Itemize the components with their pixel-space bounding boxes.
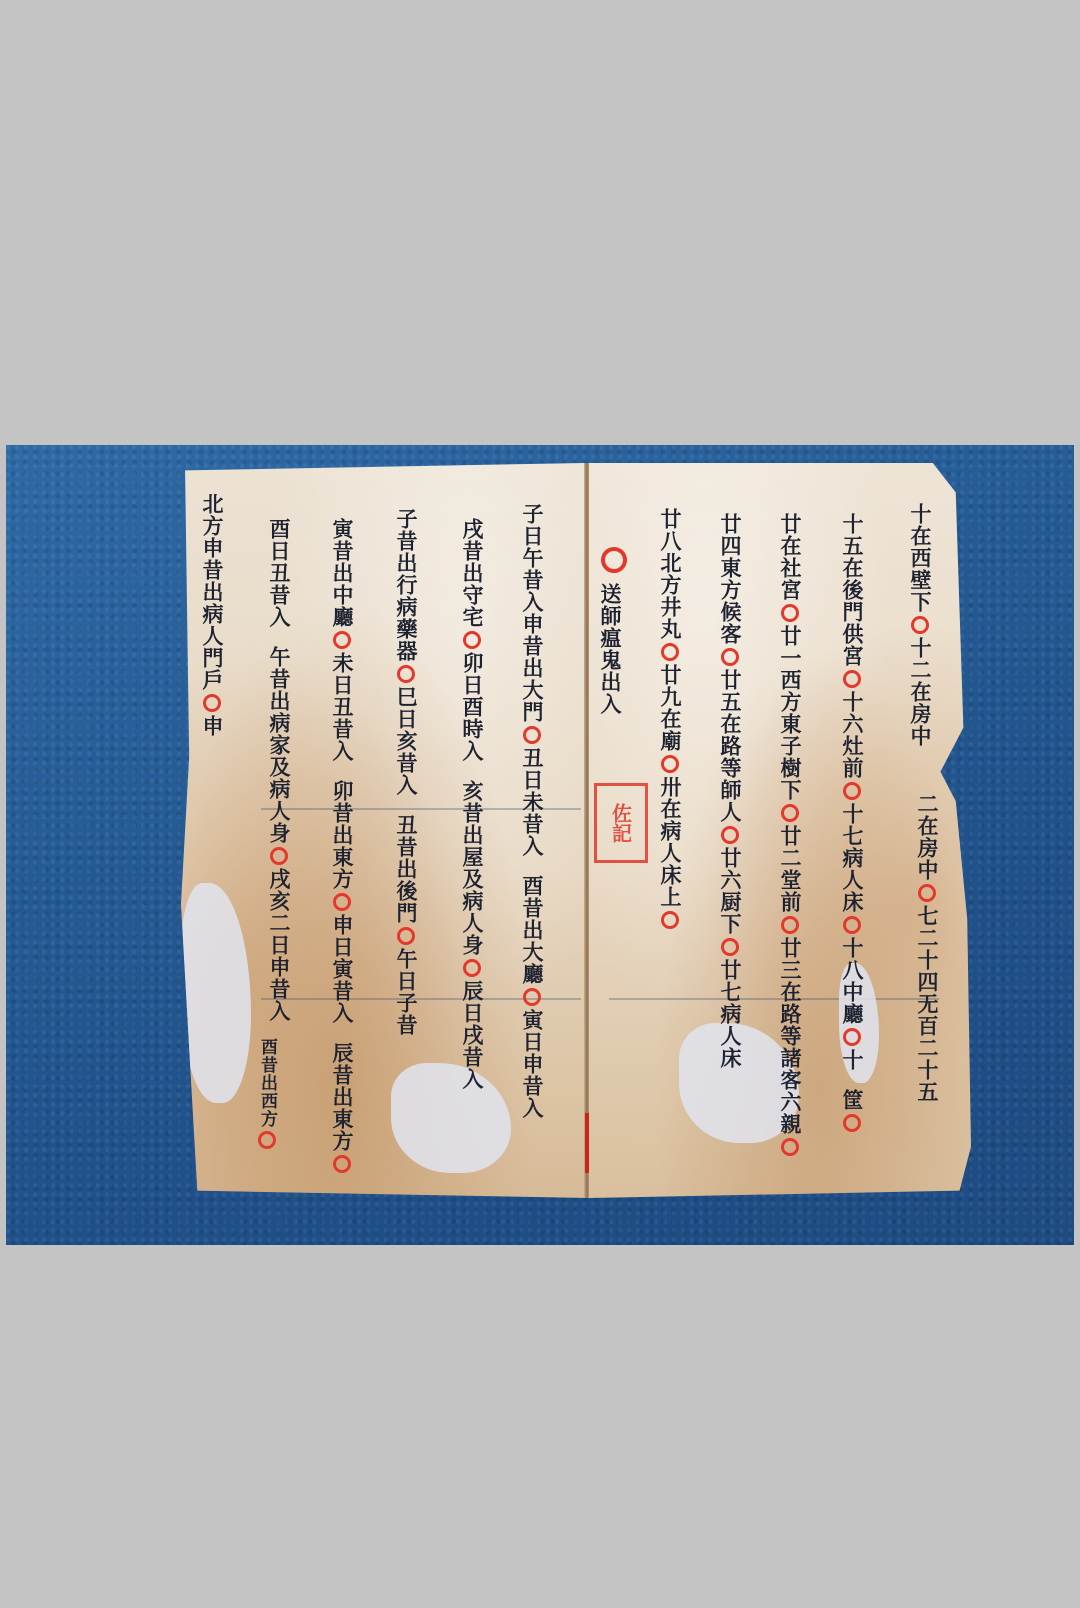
text-column-1: 子日午昔入申昔出大門丑日未昔入酉昔出大廳寅日申昔入 bbox=[519, 503, 545, 1119]
red-circle-mark bbox=[661, 755, 679, 773]
red-circle-mark bbox=[721, 648, 739, 666]
red-circle-mark bbox=[781, 604, 799, 622]
red-circle-mark bbox=[258, 1131, 276, 1149]
red-circle-mark bbox=[463, 959, 481, 977]
text-column-4: 廿四東方候客廿五在路等師人廿六厨下廿七病人床 bbox=[717, 513, 743, 1069]
ruled-line bbox=[609, 998, 939, 1000]
red-circle-mark bbox=[721, 938, 739, 956]
red-circle-mark bbox=[843, 670, 861, 688]
red-circle-mark bbox=[333, 893, 351, 911]
red-circle-mark bbox=[918, 884, 936, 902]
red-circle-mark bbox=[661, 911, 679, 929]
text-column-7: 酉昔出西方 bbox=[256, 1038, 277, 1152]
edge-column: 二在房中七二十四无百二十五 bbox=[914, 793, 940, 1103]
red-circle-mark bbox=[463, 631, 481, 649]
left-page: 子日午昔入申昔出大門丑日未昔入酉昔出大廳寅日申昔入 戌昔出守宅卯日酉時入亥昔出屋… bbox=[181, 463, 589, 1198]
red-circle-mark bbox=[661, 643, 679, 661]
open-manuscript: 子日午昔入申昔出大門丑日未昔入酉昔出大廳寅日申昔入 戌昔出守宅卯日酉時入亥昔出屋… bbox=[181, 463, 971, 1198]
red-circle-mark bbox=[781, 916, 799, 934]
red-seal-stamp: 佐記 bbox=[594, 783, 648, 863]
red-circle-mark bbox=[333, 1155, 351, 1173]
text-column-1: 十在西壁下十二在房中 bbox=[907, 503, 933, 747]
paper-damage bbox=[181, 883, 251, 1103]
red-circle-mark bbox=[721, 826, 739, 844]
paper-damage bbox=[391, 1063, 511, 1173]
red-circle-mark bbox=[523, 988, 541, 1006]
red-circle-mark bbox=[843, 782, 861, 800]
text-column-4: 寅昔出中廳未日丑昔入卯昔出東方申日寅昔入辰昔出東方 bbox=[329, 518, 355, 1176]
text-column-3: 廿在社宮廿一西方東子樹下廿二堂前廿三在路等諸客六親 bbox=[777, 513, 803, 1159]
text-column-6: 北方申昔出病人門戶申 bbox=[199, 493, 225, 737]
red-circle-mark bbox=[911, 616, 929, 634]
red-circle-mark bbox=[601, 547, 627, 573]
text-column-2: 戌昔出守宅卯日酉時入亥昔出屋及病人身辰日戌昔入 bbox=[459, 518, 485, 1090]
text-column-3: 子昔出行病藥器巳日亥昔入丑昔出後門午日子昔 bbox=[393, 508, 419, 1036]
red-circle-mark bbox=[843, 1028, 861, 1046]
red-circle-mark bbox=[397, 927, 415, 945]
text-column-2: 十五在後門供宮十六灶前十七病人床十八中廳十筐 bbox=[839, 513, 865, 1135]
red-circle-mark bbox=[397, 665, 415, 683]
red-circle-mark bbox=[843, 1114, 861, 1132]
red-circle-mark bbox=[523, 726, 541, 744]
red-circle-mark bbox=[781, 1138, 799, 1156]
red-circle-mark bbox=[843, 916, 861, 934]
red-circle-mark bbox=[333, 631, 351, 649]
manuscript-photo: 子日午昔入申昔出大門丑日未昔入酉昔出大廳寅日申昔入 戌昔出守宅卯日酉時入亥昔出屋… bbox=[6, 445, 1074, 1245]
red-circle-mark bbox=[270, 847, 288, 865]
red-circle-mark bbox=[781, 804, 799, 822]
red-circle-mark bbox=[203, 694, 221, 712]
text-column-6: 送師瘟鬼出入 bbox=[597, 583, 623, 715]
text-column-5: 酉日丑昔入午昔出病家及病人身戌亥二日申昔入 bbox=[266, 518, 292, 1022]
text-column-5: 廿八北方井丸廿九在廟卅在病人床上 bbox=[657, 508, 683, 932]
